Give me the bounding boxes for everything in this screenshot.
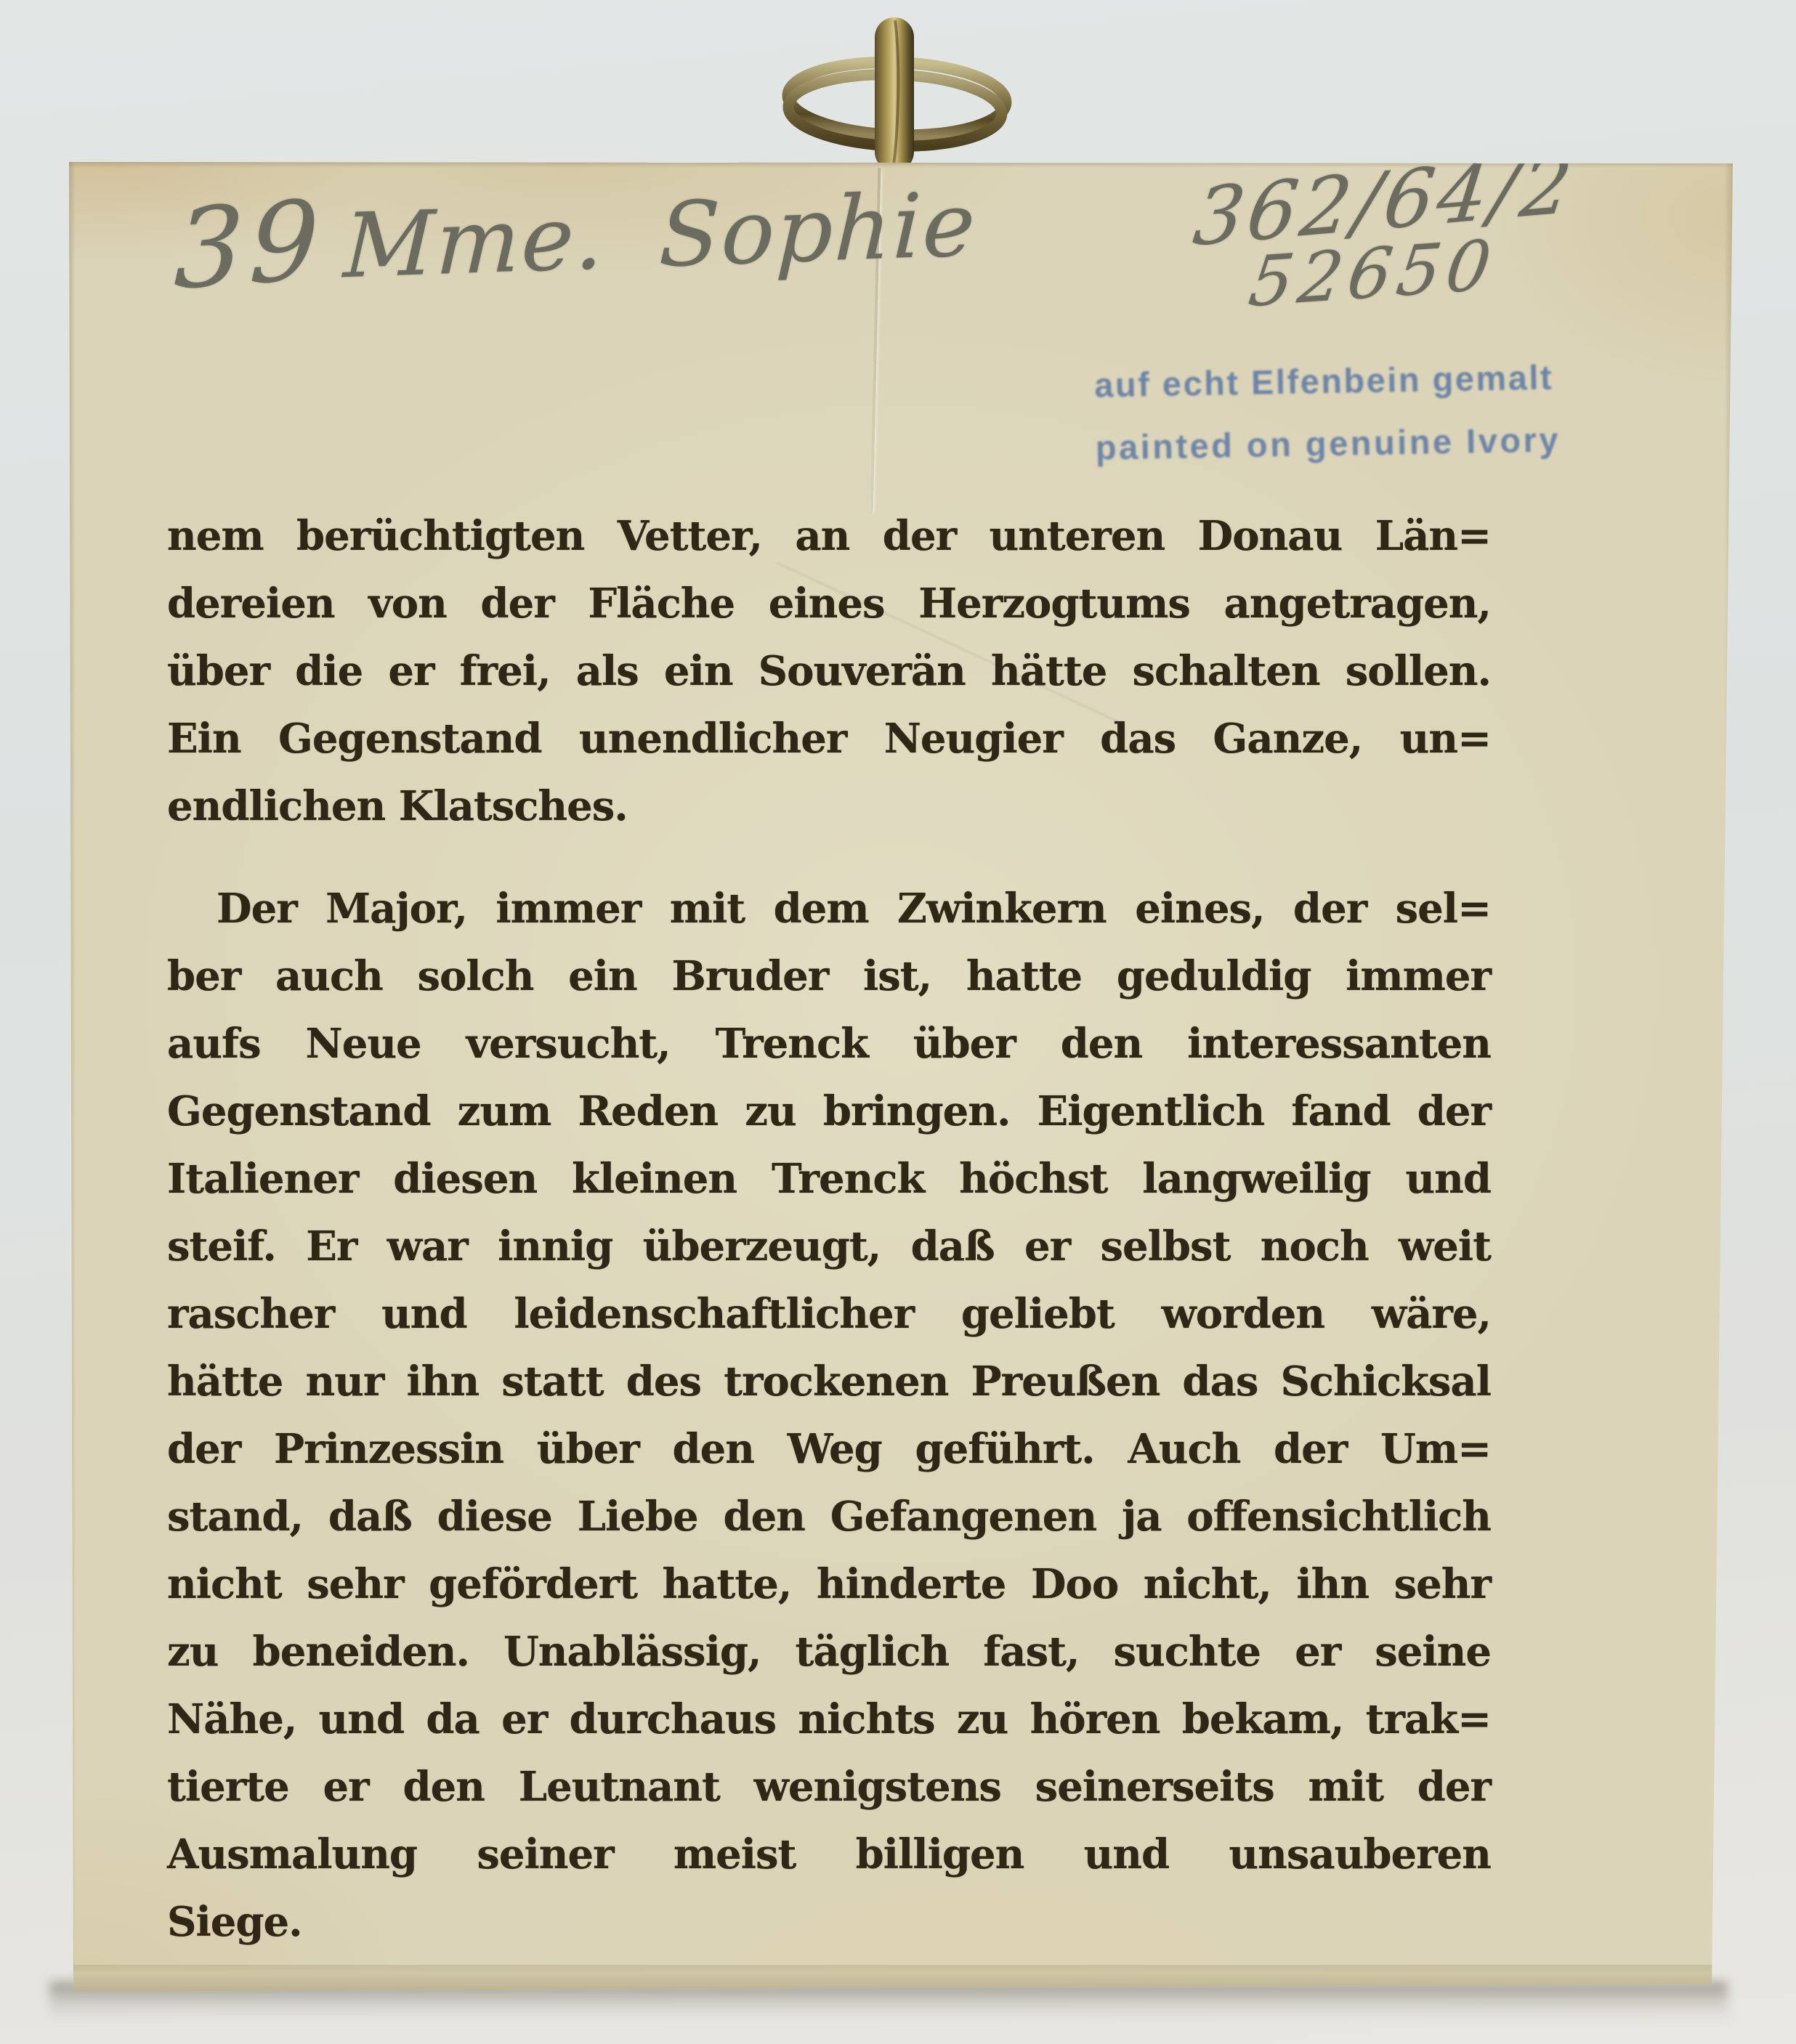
paragraph: nem berüchtigten Vetter, an der unteren …: [167, 503, 1491, 840]
printed-text-block: nem berüchtigten Vetter, an der unteren …: [167, 503, 1491, 1956]
text-line: Ausmalung seiner meist billigen und unsa…: [167, 1821, 1491, 1889]
pencil-number: 39: [172, 177, 326, 314]
paragraph: Der Major, immer mit dem Zwinkern eines,…: [167, 875, 1491, 1956]
text-line: stand, daß diese Liebe den Gefangenen ja…: [167, 1483, 1491, 1551]
text-line: endlichen Klatsches.: [167, 773, 1491, 840]
text-line: Gegenstand zum Reden zu bringen. Eigentl…: [167, 1078, 1491, 1145]
stamp-line-english: painted on genuine Ivory: [1095, 407, 1648, 479]
brass-hanging-ring: [774, 15, 1019, 176]
ivory-miniature-back-panel: 39 Mme. Sophie 362/64/2 52650 auf echt E…: [69, 162, 1733, 1992]
photo-background: 39 Mme. Sophie 362/64/2 52650 auf echt E…: [0, 0, 1796, 2044]
text-line: über die er frei, als ein Souverän hätte…: [167, 638, 1491, 705]
text-line: steif. Er war innig überzeugt, daß er se…: [167, 1213, 1491, 1281]
text-line: Ein Gegenstand unendlicher Neugier das G…: [167, 705, 1491, 773]
text-line: hätte nur ihn statt des trockenen Preuße…: [167, 1348, 1491, 1416]
panel-right-edge: [1724, 162, 1733, 1992]
text-line: Siege.: [167, 1889, 1491, 1956]
text-line: rascher und leidenschaftlicher geliebt w…: [167, 1281, 1491, 1348]
text-line: dereien von der Fläche eines Herzogtums …: [167, 570, 1491, 638]
stamp-line-german: auf echt Elfenbein gemalt: [1094, 344, 1647, 416]
text-line: Der Major, immer mit dem Zwinkern eines,…: [167, 875, 1491, 943]
text-line: nem berüchtigten Vetter, an der unteren …: [167, 503, 1491, 570]
ivory-stamp: auf echt Elfenbein gemalt painted on gen…: [1094, 344, 1649, 479]
panel-left-edge: [69, 162, 76, 1992]
text-line: Nähe, und da er durchaus nichts zu hören…: [167, 1686, 1491, 1753]
pencil-sitter-name: Mme. Sophie: [342, 173, 979, 299]
text-line: Italiener diesen kleinen Trenck höchst l…: [167, 1145, 1491, 1213]
text-line: ber auch solch ein Bruder ist, hatte ged…: [167, 943, 1491, 1010]
text-line: der Prinzessin über den Weg geführt. Auc…: [167, 1416, 1491, 1483]
text-line: zu beneiden. Unablässig, täglich fast, s…: [167, 1618, 1491, 1686]
text-line: tierte er den Leutnant wenigstens seiner…: [167, 1753, 1491, 1821]
text-line: nicht sehr gefördert hatte, hinderte Doo…: [167, 1551, 1491, 1618]
text-line: aufs Neue versucht, Trenck über den inte…: [167, 1010, 1491, 1078]
pencil-inventory-lower: 52650: [1245, 225, 1502, 323]
